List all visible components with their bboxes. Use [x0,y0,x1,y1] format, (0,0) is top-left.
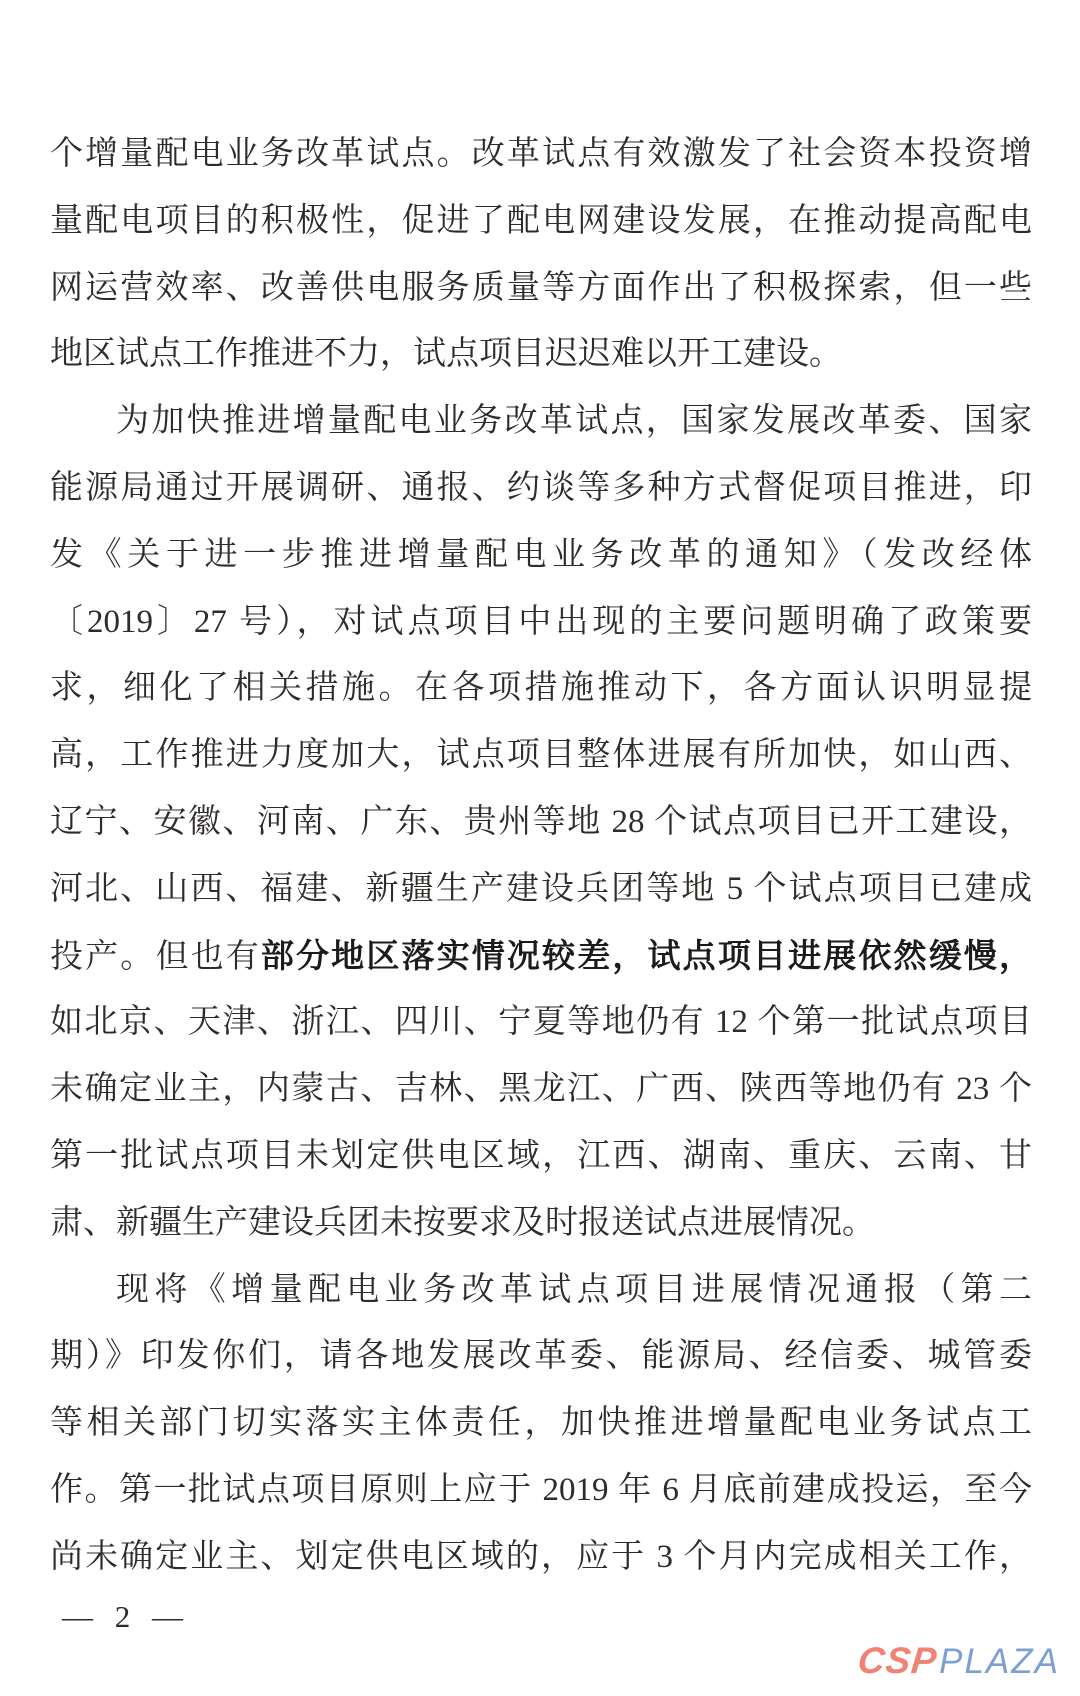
text-line: 量配电项目的积极性，促进了配电网建设发展，在推动提高配电 [50,188,1032,255]
text-segment: 辽宁、安徽、河南、广东、贵州等地 28 个试点项目已开工建设， [50,804,1032,840]
text-line: 现将《增量配电业务改革试点项目进展情况通报（第二 [50,1257,1032,1324]
document-body-text: 个增量配电业务改革试点。改革试点有效激发了社会资本投资增量配电项目的积极性，促进… [50,121,1032,1591]
text-segment: 如北京、天津、浙江、四川、宁夏等地仍有 12 个第一批试点项目 [50,1004,1032,1040]
text-line: 未确定业主，内蒙古、吉林、黑龙江、广西、陕西等地仍有 23 个 [50,1056,1032,1123]
text-segment: 发《关于进一步推进增量配电业务改革的通知》（发改经体 [50,537,1032,573]
text-line: 投产。但也有部分地区落实情况较差，试点项目进展依然缓慢， [50,923,1032,990]
text-segment: 尚未确定业主、划定供电区域的，应于 3 个月内完成相关工作， [50,1539,1032,1575]
text-line: 如北京、天津、浙江、四川、宁夏等地仍有 12 个第一批试点项目 [50,989,1032,1056]
text-line: 河北、山西、福建、新疆生产建设兵团等地 5 个试点项目已建成 [50,856,1032,923]
page-number: — 2 — [62,1597,190,1637]
text-line: 作。第一批试点项目原则上应于 2019 年 6 月底前建成投运，至今 [50,1457,1032,1524]
text-segment: 地区试点工作推进不力，试点项目迟迟难以开工建设。 [50,336,842,372]
text-line: 发《关于进一步推进增量配电业务改革的通知》（发改经体 [50,522,1032,589]
text-line: 辽宁、安徽、河南、广东、贵州等地 28 个试点项目已开工建设， [50,789,1032,856]
text-segment: 现将《增量配电业务改革试点项目进展情况通报（第二 [116,1272,1032,1308]
text-line: 个增量配电业务改革试点。改革试点有效激发了社会资本投资增 [50,121,1032,188]
text-segment: 能源局通过开展调研、通报、约谈等多种方式督促项目推进，印 [50,470,1032,506]
text-segment: 投产。但也有 [50,939,261,975]
csp-plaza-watermark: CSPPLAZA [858,1642,1060,1688]
watermark-csp-text: CSP [856,1642,939,1680]
text-segment: 求，细化了相关措施。在各项措施推动下，各方面认识明显提 [50,670,1032,706]
text-segment: 个增量配电业务改革试点。改革试点有效激发了社会资本投资增 [50,136,1032,172]
document-page: 个增量配电业务改革试点。改革试点有效激发了社会资本投资增量配电项目的积极性，促进… [0,0,1080,1696]
text-line: 能源局通过开展调研、通报、约谈等多种方式督促项目推进，印 [50,455,1032,522]
text-segment: 第一批试点项目未划定供电区域，江西、湖南、重庆、云南、甘 [50,1138,1032,1174]
text-segment: 河北、山西、福建、新疆生产建设兵团等地 5 个试点项目已建成 [50,871,1032,907]
text-line: 求，细化了相关措施。在各项措施推动下，各方面认识明显提 [50,655,1032,722]
text-segment: 高，工作推进力度加大，试点项目整体进展有所加快，如山西、 [50,737,1032,773]
text-line: 肃、新疆生产建设兵团未按要求及时报送试点进展情况。 [50,1190,1032,1257]
text-segment: 未确定业主，内蒙古、吉林、黑龙江、广西、陕西等地仍有 23 个 [50,1071,1032,1107]
text-line: 尚未确定业主、划定供电区域的，应于 3 个月内完成相关工作， [50,1524,1032,1591]
text-segment: 等相关部门切实落实主体责任，加快推进增量配电业务试点工 [50,1405,1032,1441]
watermark-plaza-text: PLAZA [939,1643,1060,1681]
text-line: 第一批试点项目未划定供电区域，江西、湖南、重庆、云南、甘 [50,1123,1032,1190]
text-segment: 为加快推进增量配电业务改革试点，国家发展改革委、国家 [116,403,1032,439]
text-line: 期）》印发你们，请各地发展改革委、能源局、经信委、城管委 [50,1323,1032,1390]
text-segment: 〔2019〕27 号），对试点项目中出现的主要问题明确了政策要 [50,604,1032,640]
text-segment: 肃、新疆生产建设兵团未按要求及时报送试点进展情况。 [50,1205,875,1241]
text-segment: 量配电项目的积极性，促进了配电网建设发展，在推动提高配电 [50,203,1032,239]
text-line: 等相关部门切实落实主体责任，加快推进增量配电业务试点工 [50,1390,1032,1457]
bold-text-segment: 部分地区落实情况较差，试点项目进展依然缓慢， [261,937,1032,974]
text-segment: 网运营效率、改善供电服务质量等方面作出了积极探索，但一些 [50,270,1032,306]
text-line: 地区试点工作推进不力，试点项目迟迟难以开工建设。 [50,321,1032,388]
text-segment: 期）》印发你们，请各地发展改革委、能源局、经信委、城管委 [50,1338,1032,1374]
text-line: 为加快推进增量配电业务改革试点，国家发展改革委、国家 [50,388,1032,455]
text-line: 网运营效率、改善供电服务质量等方面作出了积极探索，但一些 [50,255,1032,322]
text-line: 〔2019〕27 号），对试点项目中出现的主要问题明确了政策要 [50,589,1032,656]
text-segment: 作。第一批试点项目原则上应于 2019 年 6 月底前建成投运，至今 [50,1472,1032,1508]
text-line: 高，工作推进力度加大，试点项目整体进展有所加快，如山西、 [50,722,1032,789]
